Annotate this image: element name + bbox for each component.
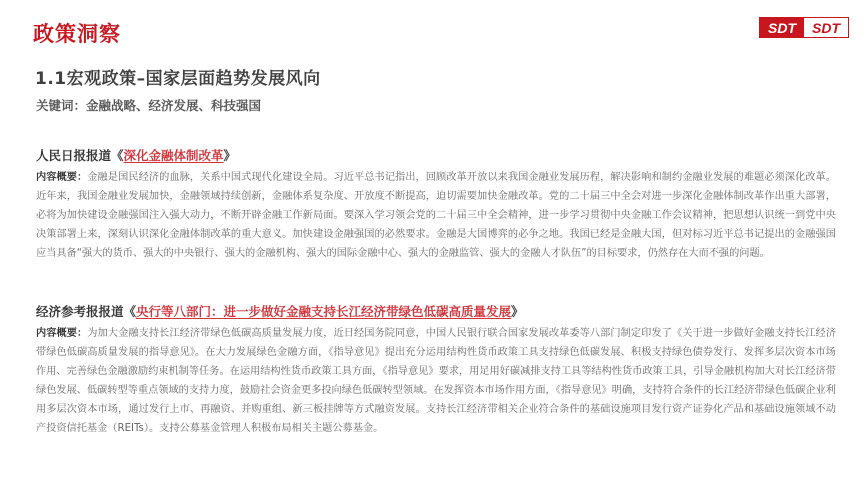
keywords-value: 金融战略、经济发展、科技强国 <box>86 98 261 113</box>
logo-left-mark: SDT <box>760 18 804 37</box>
news-source: 人民日报报道 <box>36 148 111 163</box>
section-subtitle: 1.1宏观政策–国家层面趋势发展风向 <box>35 64 321 89</box>
news-section-people-daily: 人民日报报道《深化金融体制改革》 内容概要：金融是国民经济的血脉，关系中国式现代… <box>36 147 836 263</box>
summary-text: 金融是国民经济的血脉，关系中国式现代化建设全局。习近平总书记指出，回顾改革开放以… <box>36 172 836 259</box>
keywords-label: 关键词： <box>36 98 86 113</box>
article-title-link[interactable]: 央行等八部门：进一步做好金融支持长江经济带绿色低碳高质量发展 <box>136 304 511 319</box>
title-close-bracket: 》 <box>224 148 237 163</box>
article-title-link[interactable]: 深化金融体制改革 <box>124 148 224 163</box>
page-title: 政策洞察 <box>33 18 121 48</box>
news-source: 经济参考报报道 <box>36 304 124 319</box>
title-close-bracket: 》 <box>511 304 524 319</box>
news-summary: 内容概要：为加大金融支持长江经济带绿色低碳高质量发展力度，近日经国务院同意，中国… <box>36 324 836 438</box>
sdt-logo: SDT SDT <box>759 17 849 38</box>
keywords-line: 关键词：金融战略、经济发展、科技强国 <box>36 96 261 114</box>
news-heading: 人民日报报道《深化金融体制改革》 <box>36 147 836 164</box>
summary-label: 内容概要： <box>36 172 87 183</box>
news-section-economic-reference: 经济参考报报道《央行等八部门：进一步做好金融支持长江经济带绿色低碳高质量发展》 … <box>36 303 836 438</box>
slide-page: 政策洞察 SDT SDT 1.1宏观政策–国家层面趋势发展风向 关键词：金融战略… <box>0 0 864 486</box>
news-summary: 内容概要：金融是国民经济的血脉，关系中国式现代化建设全局。习近平总书记指出，回顾… <box>36 168 836 263</box>
title-open-bracket: 《 <box>124 304 137 319</box>
summary-text: 为加大金融支持长江经济带绿色低碳高质量发展力度，近日经国务院同意，中国人民银行联… <box>36 328 836 434</box>
logo-right-mark: SDT <box>804 18 848 37</box>
news-heading: 经济参考报报道《央行等八部门：进一步做好金融支持长江经济带绿色低碳高质量发展》 <box>36 303 836 320</box>
summary-label: 内容概要： <box>36 328 87 339</box>
title-open-bracket: 《 <box>111 148 124 163</box>
